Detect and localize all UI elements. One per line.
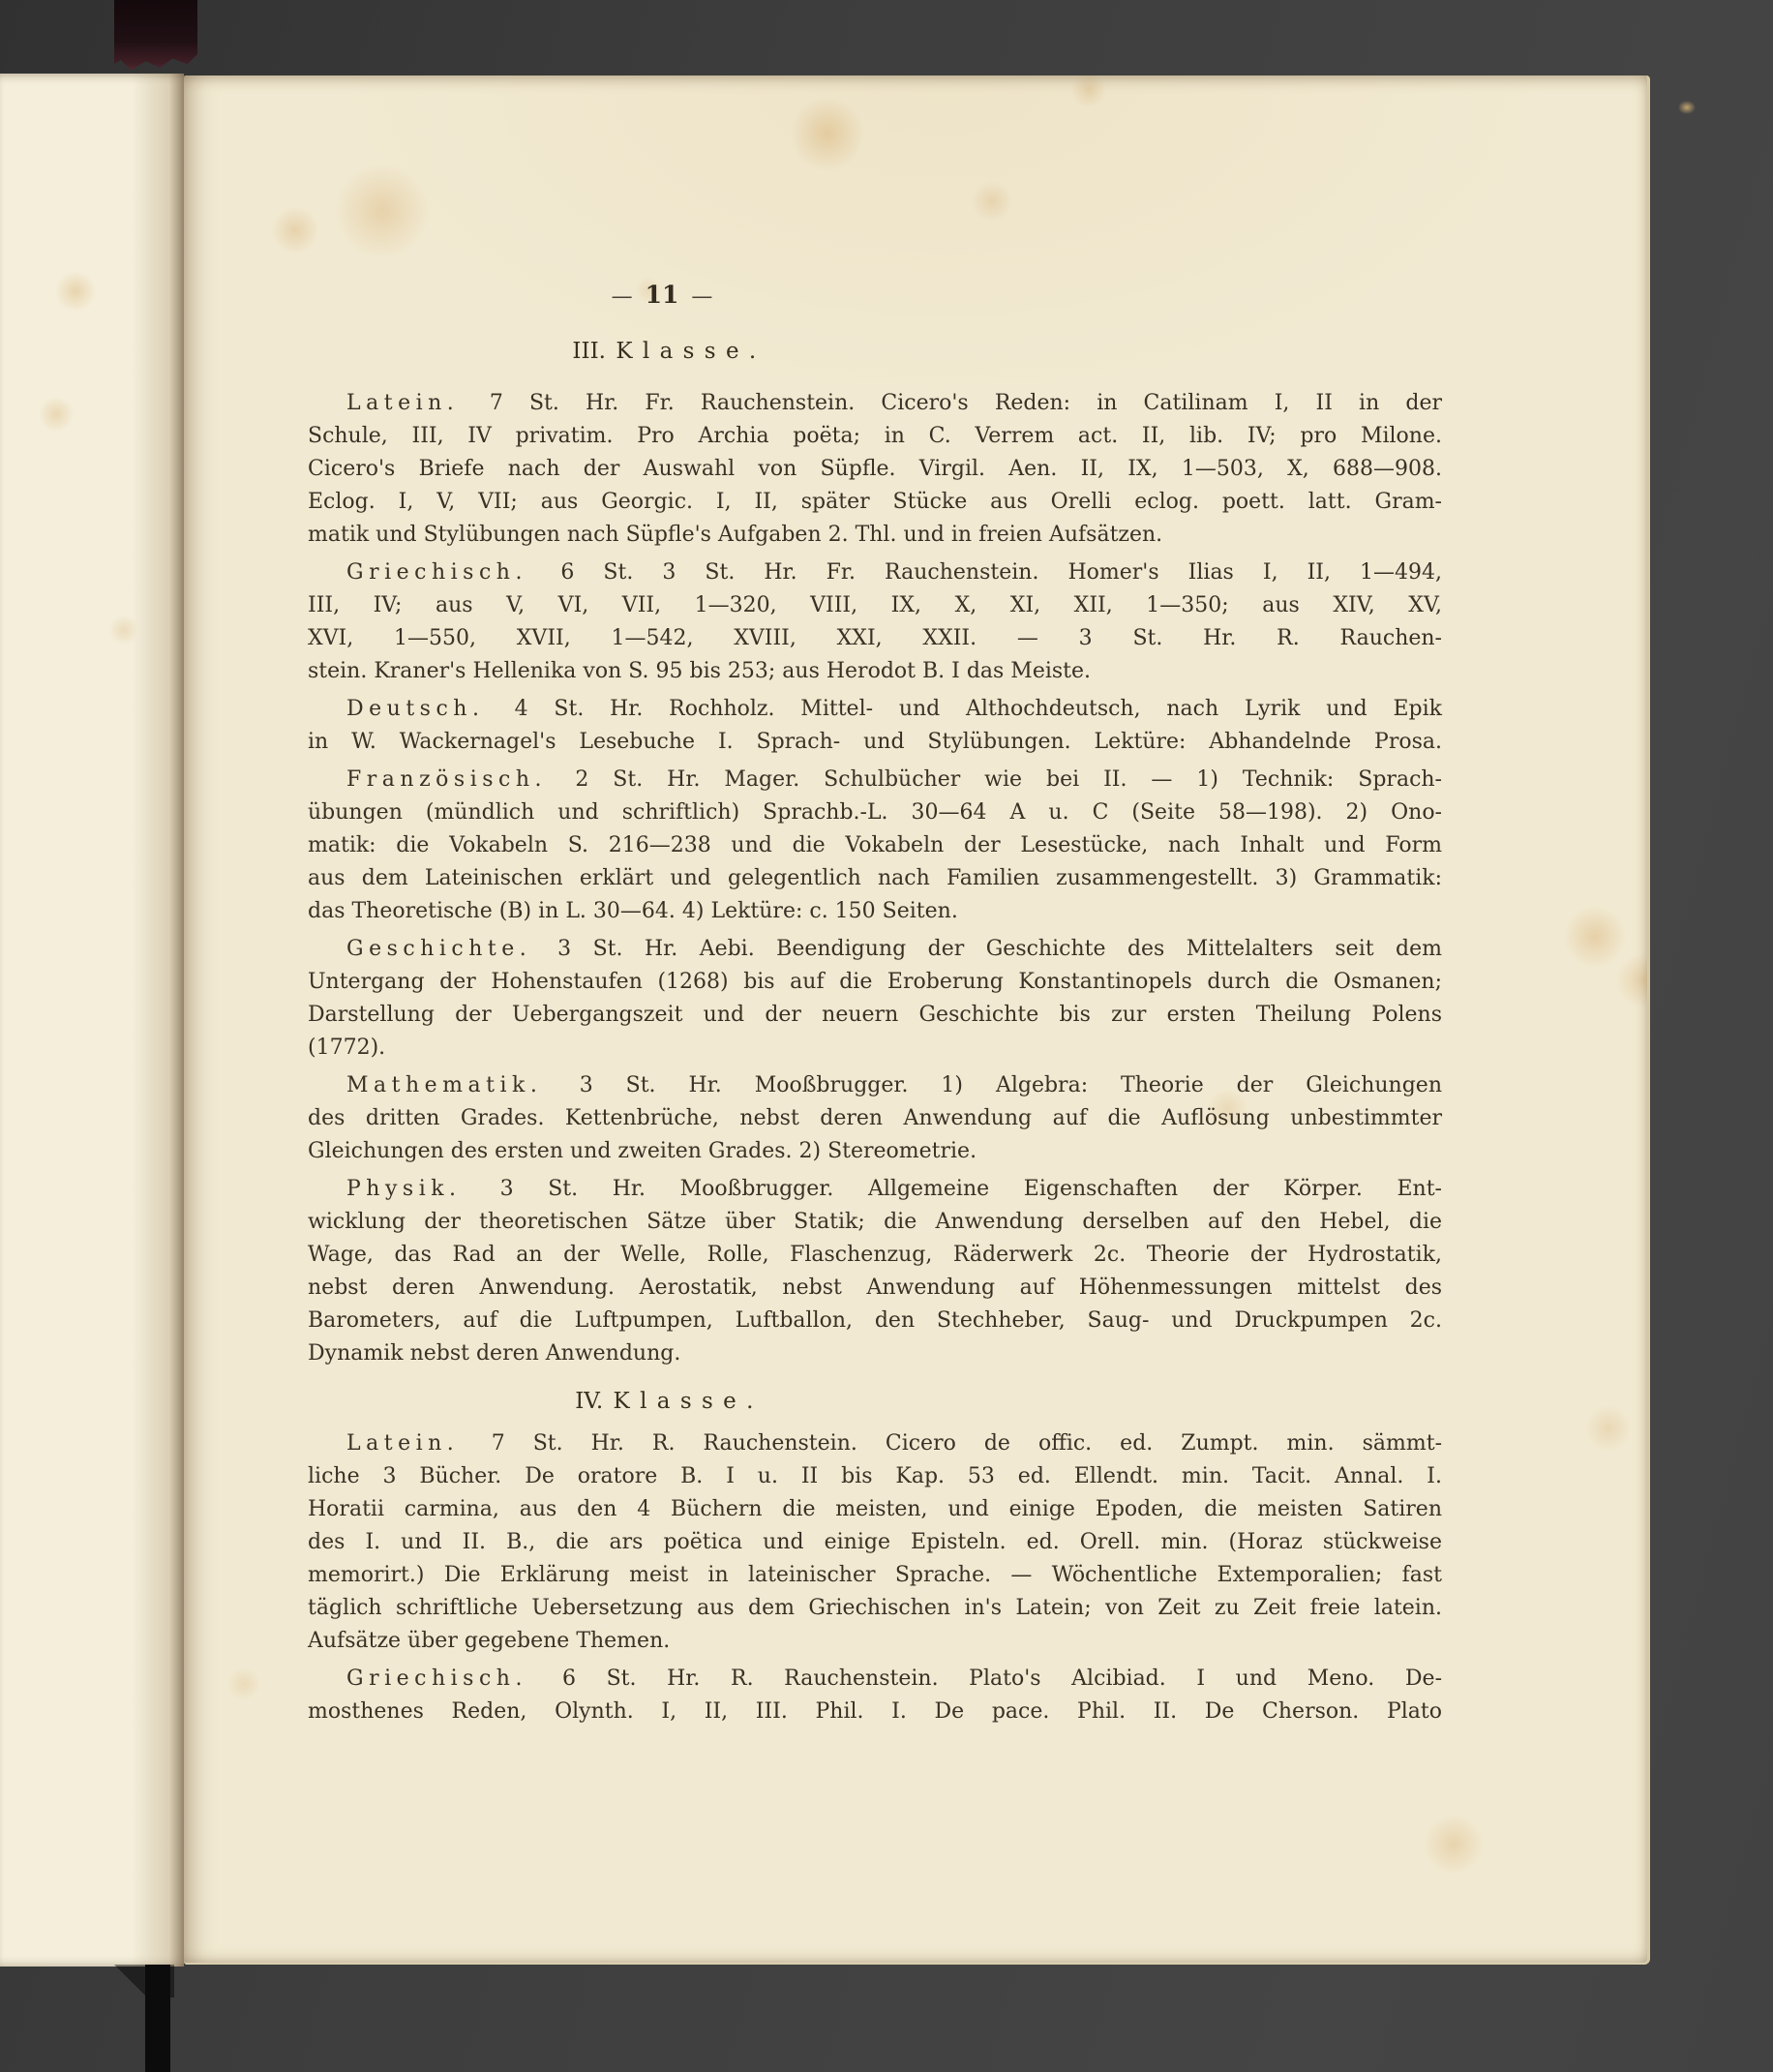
text-line: Latein. 7 St. Hr. R. Rauchenstein. Cicer… xyxy=(308,1427,1442,1460)
subject-lead: Französisch. xyxy=(346,767,547,792)
text-line: mosthenes Reden, Olynth. I, II, III. Phi… xyxy=(308,1696,1442,1728)
subject-lead: Physik. xyxy=(346,1177,462,1201)
line-text: 4 St. Hr. Rochholz. Mittel- und Althochd… xyxy=(515,697,1442,721)
text-line: III, IV; aus V, VI, VII, 1—320, VIII, IX… xyxy=(308,589,1442,622)
text-line: das Theoretische (B) in L. 30—64. 4) Lek… xyxy=(308,895,1442,928)
section-heading-iv: IV.Klasse. xyxy=(308,1389,1442,1414)
text-line: Wage, das Rad an der Welle, Rolle, Flasc… xyxy=(308,1239,1442,1272)
page-number-value: 11 xyxy=(646,281,679,309)
heading-numeral: III. xyxy=(572,339,606,364)
section-body-iii: Latein. 7 St. Hr. Fr. Rauchenstein. Cice… xyxy=(308,387,1442,1375)
text-line: Geschichte. 3 St. Hr. Aebi. Beendigung d… xyxy=(308,933,1442,966)
text-line: (1772). xyxy=(308,1032,1442,1065)
dust-spot xyxy=(1678,101,1696,114)
line-text: 7 St. Hr. Fr. Rauchenstein. Cicero's Red… xyxy=(490,391,1442,415)
paragraph-franzoesisch: Französisch. 2 St. Hr. Mager. Schulbüche… xyxy=(308,764,1442,928)
paragraph-physik: Physik. 3 St. Hr. Mooßbrugger. Allgemein… xyxy=(308,1173,1442,1370)
text-line: Gleichungen des ersten und zweiten Grade… xyxy=(308,1135,1442,1168)
text-line: XVI, 1—550, XVII, 1—542, XVIII, XXI, XXI… xyxy=(308,622,1442,655)
text-line: Horatii carmina, aus den 4 Büchern die m… xyxy=(308,1493,1442,1526)
text-line: Griechisch. 6 St. 3 St. Hr. Fr. Rauchens… xyxy=(308,556,1442,589)
text-line: Dynamik nebst deren Anwendung. xyxy=(308,1337,1442,1370)
line-text: 6 St. Hr. R. Rauchenstein. Plato's Alcib… xyxy=(562,1667,1442,1691)
heading-word: Klasse. xyxy=(616,339,766,364)
text-line: Untergang der Hohenstaufen (1268) bis au… xyxy=(308,966,1442,999)
text-line: des I. und II. B., die ars poëtica und e… xyxy=(308,1526,1442,1559)
text-line: stein. Kraner's Hellenika von S. 95 bis … xyxy=(308,655,1442,688)
section-body-iv: Latein. 7 St. Hr. R. Rauchenstein. Cicer… xyxy=(308,1427,1442,1733)
left-page-edge xyxy=(0,74,184,1967)
line-text: 2 St. Hr. Mager. Schulbücher wie bei II.… xyxy=(575,767,1442,792)
page-number: —11— xyxy=(308,281,1442,309)
page-number-dash: — xyxy=(691,285,712,309)
text-line: liche 3 Bücher. De oratore B. I u. II bi… xyxy=(308,1460,1442,1493)
text-line: Physik. 3 St. Hr. Mooßbrugger. Allgemein… xyxy=(308,1173,1442,1206)
page-number-dash: — xyxy=(612,285,633,309)
text-line: des dritten Grades. Kettenbrüche, nebst … xyxy=(308,1102,1442,1135)
text-line: Griechisch. 6 St. Hr. R. Rauchenstein. P… xyxy=(308,1663,1442,1696)
section-heading-iii: III.Klasse. xyxy=(308,339,1442,364)
line-text: 6 St. 3 St. Hr. Fr. Rauchenstein. Homer'… xyxy=(560,560,1442,585)
text-line: Französisch. 2 St. Hr. Mager. Schulbüche… xyxy=(308,764,1442,796)
paragraph-mathematik: Mathematik. 3 St. Hr. Mooßbrugger. 1) Al… xyxy=(308,1069,1442,1168)
text-line: täglich schriftliche Uebersetzung aus de… xyxy=(308,1592,1442,1625)
spine-tape-top xyxy=(114,0,197,70)
text-line: nebst deren Anwendung. Aerostatik, nebst… xyxy=(308,1272,1442,1305)
spine-tape-bottom xyxy=(145,1965,170,2072)
heading-numeral: IV. xyxy=(575,1389,603,1414)
text-line: wicklung der theoretischen Sätze über St… xyxy=(308,1206,1442,1239)
page: —11— III.Klasse. Latein. 7 St. Hr. Fr. R… xyxy=(184,75,1650,1965)
text-line: matik und Stylübungen nach Süpfle's Aufg… xyxy=(308,519,1442,552)
subject-lead: Deutsch. xyxy=(346,697,484,721)
text-line: Schule, III, IV privatim. Pro Archia poë… xyxy=(308,420,1442,453)
text-line: matik: die Vokabeln S. 216—238 und die V… xyxy=(308,829,1442,862)
line-text: 3 St. Hr. Mooßbrugger. Allgemeine Eigens… xyxy=(500,1177,1442,1201)
text-line: übungen (mündlich und schriftlich) Sprac… xyxy=(308,796,1442,829)
text-line: Latein. 7 St. Hr. Fr. Rauchenstein. Cice… xyxy=(308,387,1442,420)
paragraph-deutsch: Deutsch. 4 St. Hr. Rochholz. Mittel- und… xyxy=(308,693,1442,759)
subject-lead: Griechisch. xyxy=(346,1667,527,1691)
text-line: memorirt.) Die Erklärung meist in latein… xyxy=(308,1559,1442,1592)
paragraph-latein-iv: Latein. 7 St. Hr. R. Rauchenstein. Cicer… xyxy=(308,1427,1442,1658)
book-scan: —11— III.Klasse. Latein. 7 St. Hr. Fr. R… xyxy=(0,0,1773,2072)
text-line: Darstellung der Uebergangszeit und der n… xyxy=(308,999,1442,1032)
heading-word: Klasse. xyxy=(614,1389,764,1414)
text-line: Eclog. I, V, VII; aus Georgic. I, II, sp… xyxy=(308,486,1442,519)
paragraph-geschichte: Geschichte. 3 St. Hr. Aebi. Beendigung d… xyxy=(308,933,1442,1065)
text-line: in W. Wackernagel's Lesebuche I. Sprach-… xyxy=(308,726,1442,759)
paragraph-griechisch-iv: Griechisch. 6 St. Hr. R. Rauchenstein. P… xyxy=(308,1663,1442,1728)
subject-lead: Mathematik. xyxy=(346,1073,542,1097)
paragraph-latein: Latein. 7 St. Hr. Fr. Rauchenstein. Cice… xyxy=(308,387,1442,552)
subject-lead: Latein. xyxy=(346,1431,459,1456)
subject-lead: Griechisch. xyxy=(346,560,527,585)
text-line: Barometers, auf die Luftpumpen, Luftball… xyxy=(308,1305,1442,1337)
subject-lead: Geschichte. xyxy=(346,937,531,961)
line-text: 3 St. Hr. Mooßbrugger. 1) Algebra: Theor… xyxy=(580,1073,1442,1097)
text-line: Aufsätze über gegebene Themen. xyxy=(308,1625,1442,1658)
text-line: Cicero's Briefe nach der Auswahl von Süp… xyxy=(308,453,1442,486)
text-line: aus dem Lateinischen erklärt und gelegen… xyxy=(308,862,1442,895)
paragraph-griechisch: Griechisch. 6 St. 3 St. Hr. Fr. Rauchens… xyxy=(308,556,1442,688)
text-line: Mathematik. 3 St. Hr. Mooßbrugger. 1) Al… xyxy=(308,1069,1442,1102)
text-line: Deutsch. 4 St. Hr. Rochholz. Mittel- und… xyxy=(308,693,1442,726)
subject-lead: Latein. xyxy=(346,391,459,415)
line-text: 3 St. Hr. Aebi. Beendigung der Geschicht… xyxy=(557,937,1442,961)
line-text: 7 St. Hr. R. Rauchenstein. Cicero de off… xyxy=(492,1431,1442,1456)
